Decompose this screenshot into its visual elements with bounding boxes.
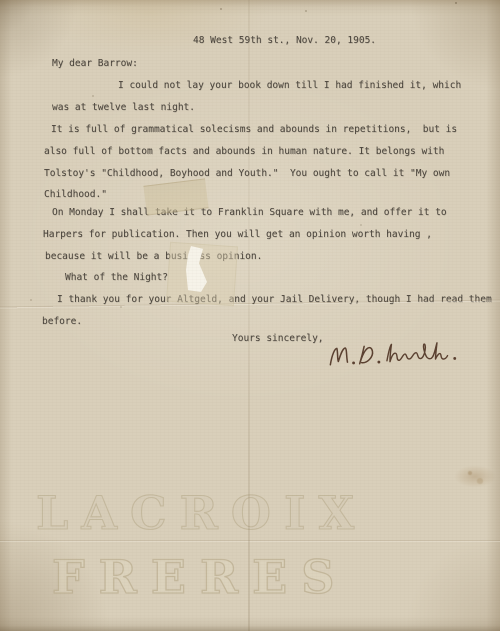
handwritten-signature — [325, 331, 488, 379]
letter-scan: LACROIX FRERES 48 West 59th st., Nov. 20… — [0, 0, 500, 631]
age-specks — [0, 0, 2, 2]
body-line-1: I could not lay your book down till I ha… — [118, 81, 461, 91]
body-line-10: What of the Night? — [65, 273, 168, 283]
body-line-6: Childhood." — [44, 190, 107, 200]
dateline: 48 West 59th st., Nov. 20, 1905. — [193, 36, 376, 46]
body-line-8: Harpers for publication. Then you will g… — [43, 230, 432, 240]
closing: Yours sincerely, — [232, 334, 324, 344]
body-line-3: It is full of grammatical solecisms and … — [51, 125, 457, 135]
horizontal-fold-crease-lower — [0, 540, 500, 543]
body-line-12: before. — [42, 317, 82, 327]
salutation: My dear Barrow: — [52, 59, 138, 69]
paper-watermark-line2: FRERES — [52, 550, 348, 604]
paper-watermark-line1: LACROIX — [36, 486, 367, 540]
body-line-2: was at twelve last night. — [52, 103, 195, 113]
body-line-4: also full of bottom facts and abounds in… — [44, 147, 444, 157]
vertical-fold-crease — [248, 0, 250, 631]
